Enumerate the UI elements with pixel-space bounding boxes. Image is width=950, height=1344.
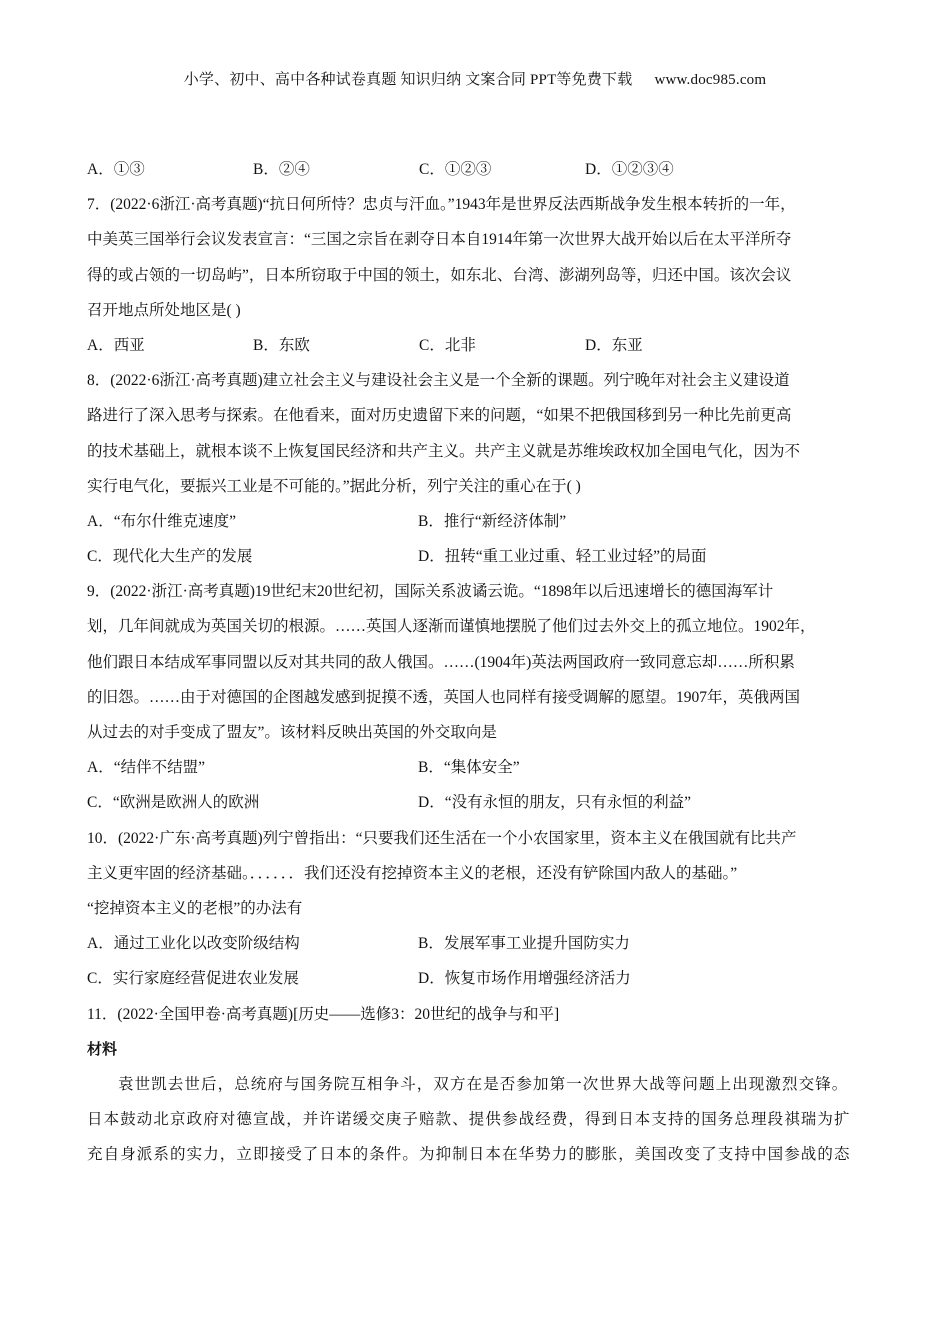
q9-option-c: C．“欧洲是欧洲人的欧洲 [87,785,418,820]
header-text: 小学、初中、高中各种试卷真题 知识归纳 文案合同 PPT等免费下载 [184,72,633,88]
q10-option-c: C．实行家庭经营促进农业发展 [87,961,418,996]
q8-options-row-1: A．“布尔什维克速度” B．推行“新经济体制” [87,504,867,539]
q11-material-label: 材料 [87,1032,867,1067]
q9-stem-line: 他们跟日本结成军事同盟以反对其共同的敌人俄国。……(1904年)英法两国政府一致… [87,645,867,680]
q8-option-a: A．“布尔什维克速度” [87,504,418,539]
question-11: 11．(2022·全国甲卷·高考真题)[历史——选修3：20世纪的战争与和平] … [87,997,867,1173]
q10-stem-line: “挖掉资本主义的老根”的办法有 [87,891,867,926]
q10-options-row-2: C．实行家庭经营促进农业发展 D．恢复市场作用增强经济活力 [87,961,867,996]
q6-option-d: D．①②③④ [585,152,751,187]
q9-option-a: A．“结伴不结盟” [87,750,418,785]
q10-option-b: B．发展军事工业提升国防实力 [418,926,749,961]
q9-options-row-2: C．“欧洲是欧洲人的欧洲 D．“没有永恒的朋友，只有永恒的利益” [87,785,867,820]
q10-option-d: D．恢复市场作用增强经济活力 [418,961,749,996]
q9-stem-line: 划，几年间就成为英国关切的根源。……英国人逐渐而谨慎地摆脱了他们过去外交上的孤立… [87,609,867,644]
q10-option-a: A．通过工业化以改变阶级结构 [87,926,418,961]
q7-stem-line: 7．(2022·6浙江·高考真题)“抗日何所恃？忠贞与汗血。”1943年是世界反… [87,187,867,222]
q11-material-line: 充自身派系的实力，立即接受了日本的条件。为抑制日本在华势力的膨胀，美国改变了支持… [87,1137,867,1172]
q10-stem-line: 10．(2022·广东·高考真题)列宁曾指出：“只要我们还生活在一个小农国家里，… [87,821,867,856]
q8-option-c: C．现代化大生产的发展 [87,539,418,574]
q7-stem-line: 召开地点所处地区是( ) [87,293,867,328]
q7-option-d: D．东亚 [585,328,751,363]
q10-stem-line: 主义更牢固的经济基础。．．．．．．我们还没有挖掉资本主义的老根，还没有铲除国内敌… [87,856,867,891]
q8-options-row-2: C．现代化大生产的发展 D．扭转“重工业过重、轻工业过轻”的局面 [87,539,867,574]
q9-option-b: B．“集体安全” [418,750,749,785]
q8-stem-line: 路进行了深入思考与探索。在他看来，面对历史遗留下来的问题，“如果不把俄国移到另一… [87,398,867,433]
q9-stem-line: 9．(2022·浙江·高考真题)19世纪末20世纪初，国际关系波谲云诡。“189… [87,574,867,609]
document-body: A．①③ B．②④ C．①②③ D．①②③④ 7．(2022·6浙江·高考真题)… [87,152,867,1172]
q7-stem-line: 得的或占领的一切岛屿”，日本所窃取于中国的领土，如东北、台湾、澎湖列岛等，归还中… [87,258,867,293]
question-9: 9．(2022·浙江·高考真题)19世纪末20世纪初，国际关系波谲云诡。“189… [87,574,867,820]
q6-option-c: C．①②③ [419,152,585,187]
q7-option-c: C．北非 [419,328,585,363]
q11-title: 11．(2022·全国甲卷·高考真题)[历史——选修3：20世纪的战争与和平] [87,997,867,1032]
q7-options: A．西亚 B．东欧 C．北非 D．东亚 [87,328,867,363]
q8-option-b: B．推行“新经济体制” [418,504,749,539]
q11-material-line: 袁世凯去世后，总统府与国务院互相争斗，双方在是否参加第一次世界大战等问题上出现激… [87,1067,867,1102]
q6-option-b: B．②④ [253,152,419,187]
q9-options-row-1: A．“结伴不结盟” B．“集体安全” [87,750,867,785]
q6-option-a: A．①③ [87,152,253,187]
q8-stem-line: 实行电气化，要振兴工业是不可能的。”据此分析，列宁关注的重心在于( ) [87,469,867,504]
header-url: www.doc985.com [654,72,766,88]
q7-option-a: A．西亚 [87,328,253,363]
question-8: 8．(2022·6浙江·高考真题)建立社会主义与建设社会主义是一个全新的课题。列… [87,363,867,574]
q7-stem-line: 中美英三国举行会议发表宣言：“三国之宗旨在剥夺日本自1914年第一次世界大战开始… [87,222,867,257]
q9-stem-line: 的旧怨。……由于对德国的企图越发感到捉摸不透，英国人也同样有接受调解的愿望。19… [87,680,867,715]
question-7: 7．(2022·6浙江·高考真题)“抗日何所恃？忠贞与汗血。”1943年是世界反… [87,187,867,363]
q8-stem-line: 8．(2022·6浙江·高考真题)建立社会主义与建设社会主义是一个全新的课题。列… [87,363,867,398]
q9-stem-line: 从过去的对手变成了盟友”。该材料反映出英国的外交取向是 [87,715,867,750]
q7-option-b: B．东欧 [253,328,419,363]
q8-option-d: D．扭转“重工业过重、轻工业过轻”的局面 [418,539,749,574]
question-10: 10．(2022·广东·高考真题)列宁曾指出：“只要我们还生活在一个小农国家里，… [87,821,867,997]
q10-options-row-1: A．通过工业化以改变阶级结构 B．发展军事工业提升国防实力 [87,926,867,961]
q9-option-d: D．“没有永恒的朋友，只有永恒的利益” [418,785,749,820]
q11-material-line: 日本鼓动北京政府对德宣战，并许诺缓交庚子赔款、提供参战经费，得到日本支持的国务总… [87,1102,867,1137]
q6-options: A．①③ B．②④ C．①②③ D．①②③④ [87,152,867,187]
page-header: 小学、初中、高中各种试卷真题 知识归纳 文案合同 PPT等免费下载www.doc… [0,68,950,89]
q8-stem-line: 的技术基础上，就根本谈不上恢复国民经济和共产主义。共产主义就是苏维埃政权加全国电… [87,434,867,469]
